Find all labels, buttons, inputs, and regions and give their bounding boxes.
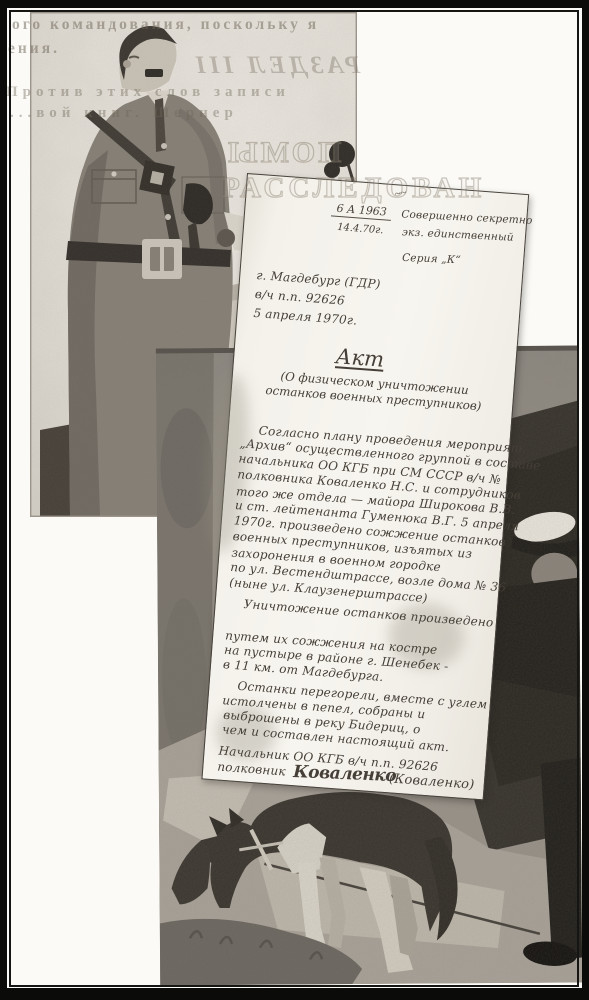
ghost-section-title-text: РАЗДЕЛ III bbox=[192, 52, 360, 80]
signature-name: (Коваленко) bbox=[388, 772, 474, 791]
ghost-text-line-4: ...вой книг. Шернер bbox=[10, 105, 238, 122]
date-line: 5 апреля 1970г. bbox=[253, 307, 358, 327]
place-line: г. Магдебург (ГДР) bbox=[256, 269, 381, 290]
ghost-big-title-1: ПОМЫ bbox=[225, 136, 341, 170]
scanned-book-page: ого командования, поскольку я ения. РАЗД… bbox=[0, 0, 589, 1000]
ghost-section-title: РАЗДЕЛ III bbox=[192, 52, 360, 80]
unit-line: в/ч п.п. 92626 bbox=[255, 288, 346, 307]
handwritten-act-document: ~~ 6 А 1963 14.4.70г. Совершенно секретн… bbox=[201, 173, 529, 801]
ghost-text-line-3: Против этих слов записи bbox=[6, 84, 290, 101]
secrecy-line-1: Совершенно секретно bbox=[401, 209, 533, 226]
ghost-big-title-1-text: ПОМЫ bbox=[225, 136, 341, 170]
ghost-big-title-2: РАССЛЕДОВАН bbox=[222, 172, 485, 205]
secrecy-line-2: экз. единственный bbox=[402, 227, 514, 243]
signature-rank: полковник bbox=[217, 760, 286, 777]
signature-autograph: Коваленко bbox=[293, 764, 397, 785]
archive-stamp-date: 14.4.70г. bbox=[337, 222, 384, 236]
secrecy-line-3: Серия „К“ bbox=[402, 253, 461, 266]
ghost-text-line-1: ого командования, поскольку я bbox=[12, 16, 319, 34]
body-line: Уничтожение останков произведено bbox=[243, 598, 494, 629]
ghost-text-line-2: ения. bbox=[8, 40, 60, 58]
